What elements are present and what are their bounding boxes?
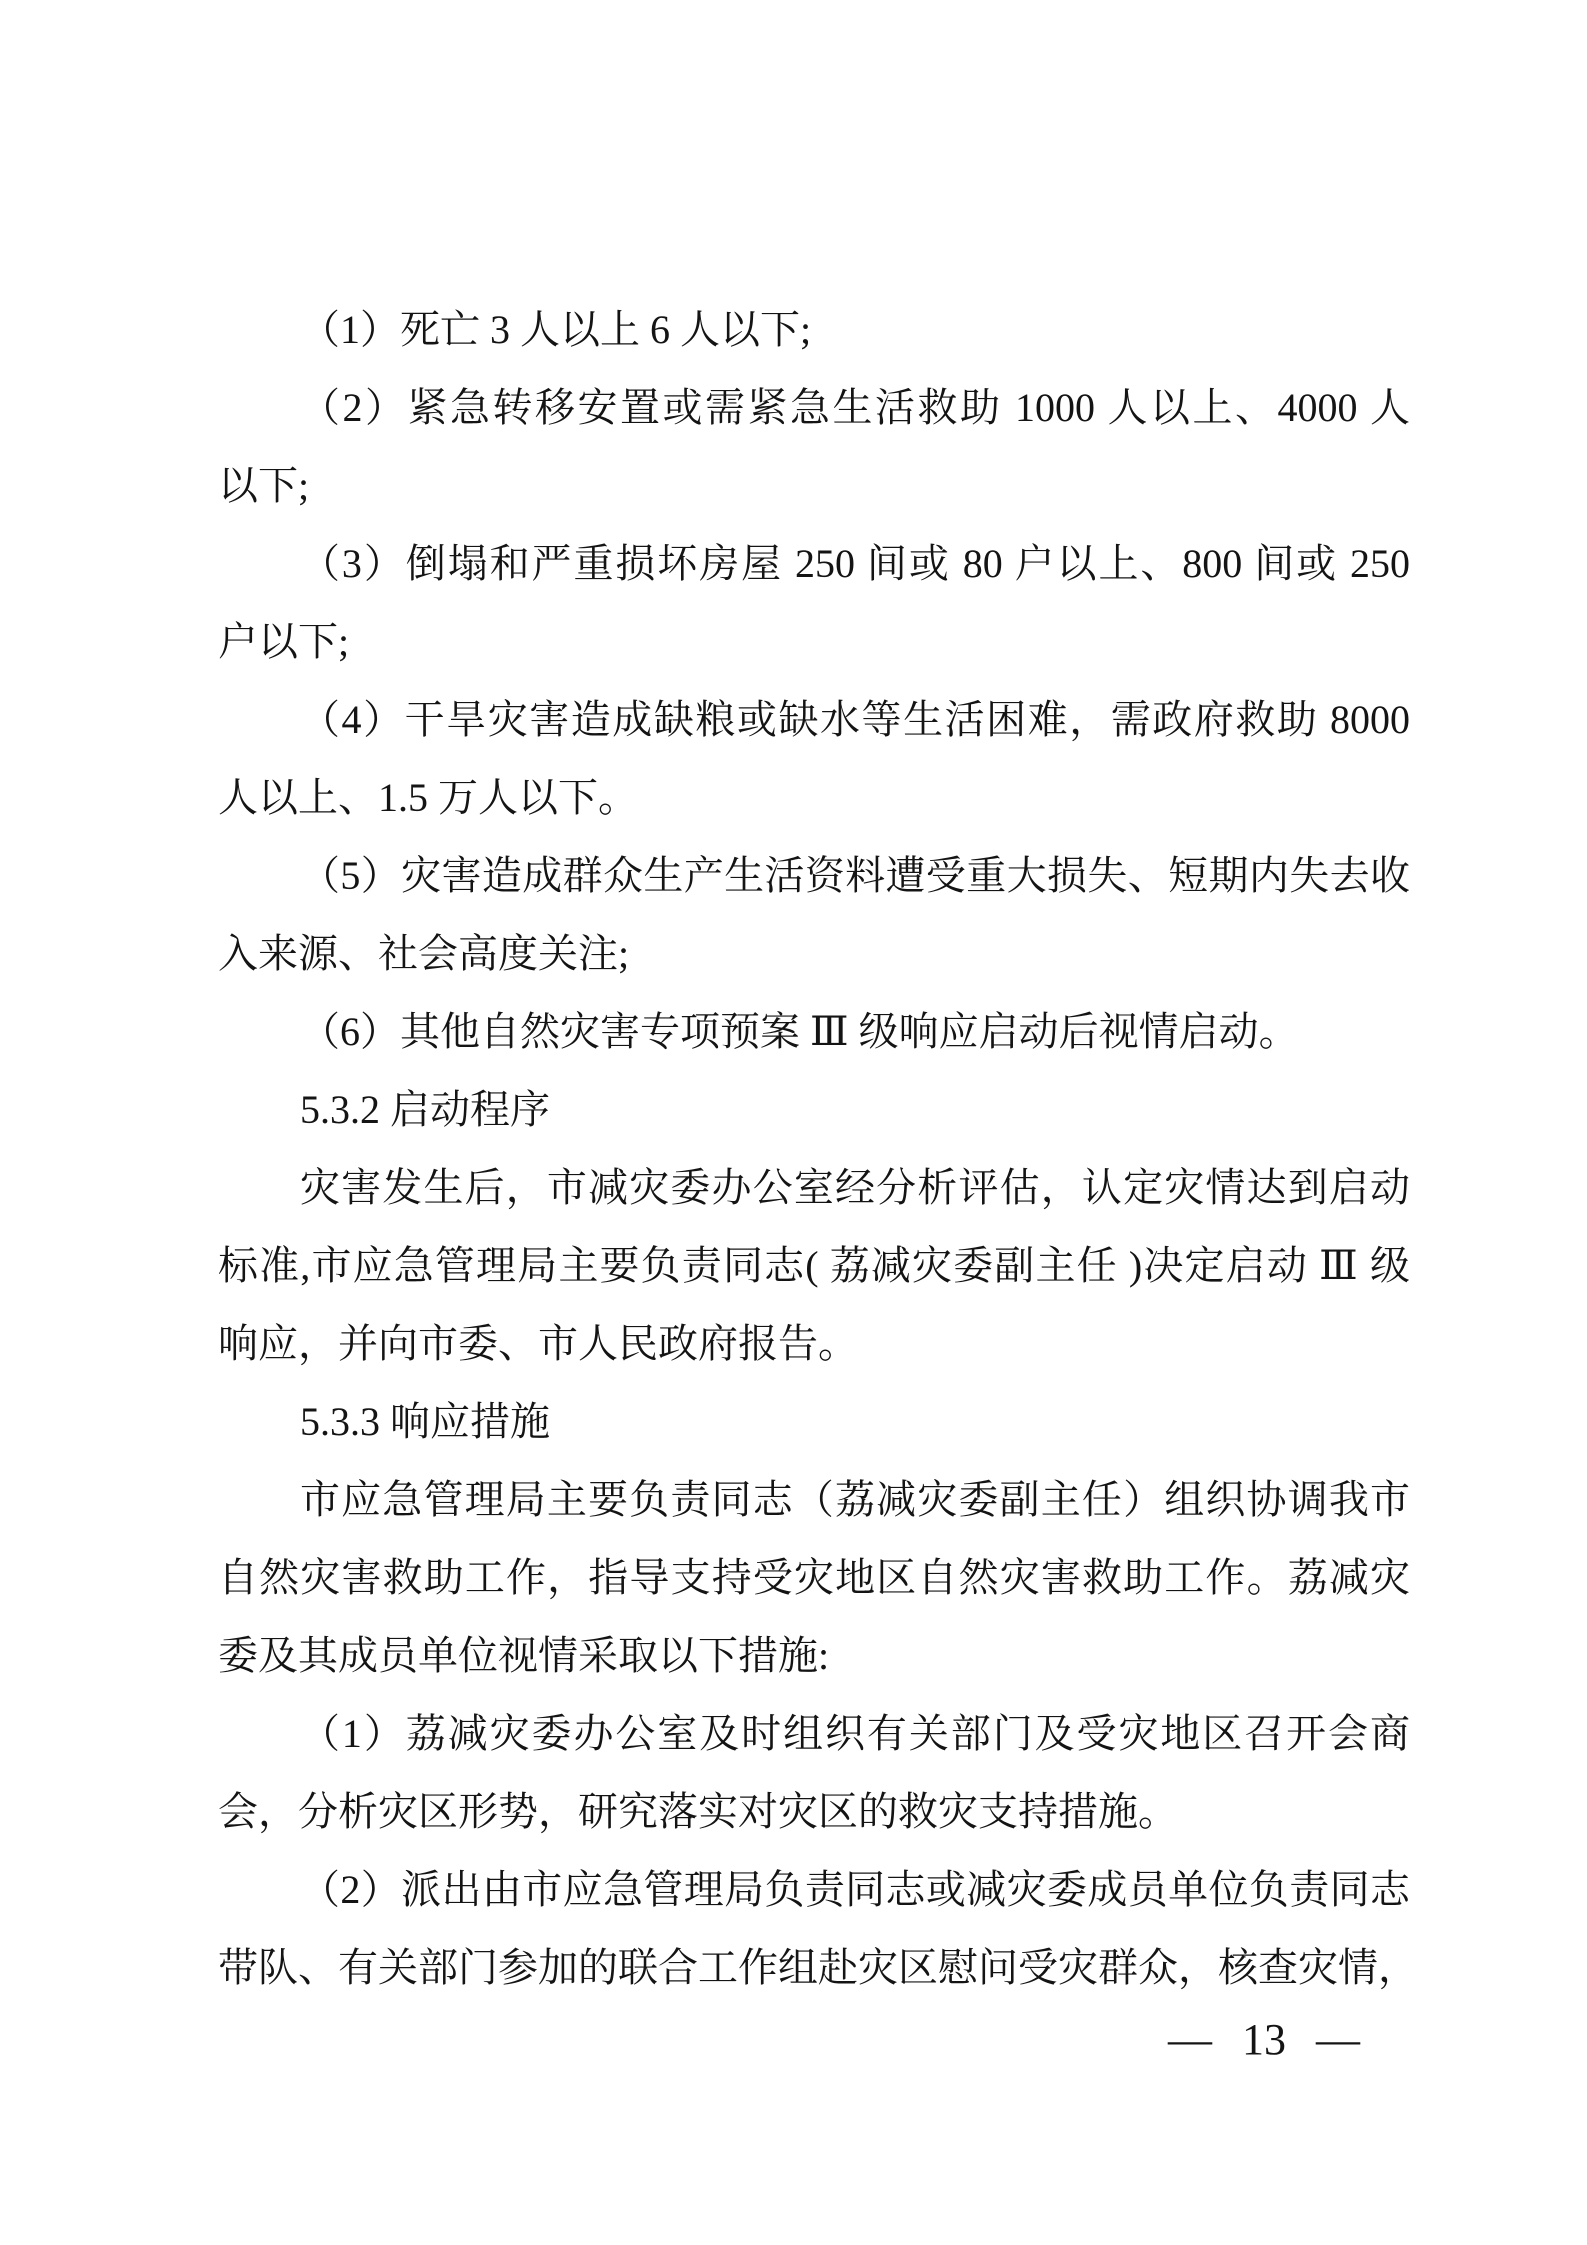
- page-footer: — 13 —: [1168, 2016, 1360, 2064]
- text-line: 户以下;: [218, 603, 1410, 681]
- text-line: 委及其成员单位视情采取以下措施:: [218, 1617, 1410, 1695]
- footer-right-dash: —: [1316, 2016, 1360, 2064]
- text-line: （1）死亡 3 人以上 6 人以下;: [218, 291, 1410, 369]
- text-line: （5）灾害造成群众生产生活资料遭受重大损失、短期内失去收: [218, 837, 1410, 915]
- text-line: 以下;: [218, 447, 1410, 525]
- text-line: 带队、有关部门参加的联合工作组赴灾区慰问受灾群众，核查灾情，: [218, 1929, 1410, 2007]
- document-page: （1）死亡 3 人以上 6 人以下; （2）紧急转移安置或需紧急生活救助 100…: [0, 0, 1587, 2245]
- text-line: 人以上、1.5 万人以下。: [218, 759, 1410, 837]
- section-heading: 5.3.3 响应措施: [218, 1383, 1410, 1461]
- text-line: （1）荔减灾委办公室及时组织有关部门及受灾地区召开会商: [218, 1695, 1410, 1773]
- text-line: （2）紧急转移安置或需紧急生活救助 1000 人以上、4000 人: [218, 369, 1410, 447]
- section-heading: 5.3.2 启动程序: [218, 1071, 1410, 1149]
- text-line: （4）干旱灾害造成缺粮或缺水等生活困难，需政府救助 8000: [218, 681, 1410, 759]
- text-line: 入来源、社会高度关注;: [218, 915, 1410, 993]
- text-line: （6）其他自然灾害专项预案 Ⅲ 级响应启动后视情启动。: [218, 993, 1410, 1071]
- text-line: 市应急管理局主要负责同志（荔减灾委副主任）组织协调我市: [218, 1461, 1410, 1539]
- footer-left-dash: —: [1168, 2016, 1212, 2064]
- text-line: 会，分析灾区形势，研究落实对灾区的救灾支持措施。: [218, 1773, 1410, 1851]
- document-body: （1）死亡 3 人以上 6 人以下; （2）紧急转移安置或需紧急生活救助 100…: [218, 291, 1410, 2007]
- text-line: 灾害发生后，市减灾委办公室经分析评估，认定灾情达到启动: [218, 1149, 1410, 1227]
- text-line: 自然灾害救助工作，指导支持受灾地区自然灾害救助工作。荔减灾: [218, 1539, 1410, 1617]
- page-number: 13: [1242, 2016, 1286, 2064]
- text-line: （2）派出由市应急管理局负责同志或减灾委成员单位负责同志: [218, 1851, 1410, 1929]
- text-line: （3）倒塌和严重损坏房屋 250 间或 80 户以上、800 间或 250: [218, 525, 1410, 603]
- text-line: 标准,市应急管理局主要负责同志( 荔减灾委副主任 )决定启动 Ⅲ 级: [218, 1227, 1410, 1305]
- text-line: 响应，并向市委、市人民政府报告。: [218, 1305, 1410, 1383]
